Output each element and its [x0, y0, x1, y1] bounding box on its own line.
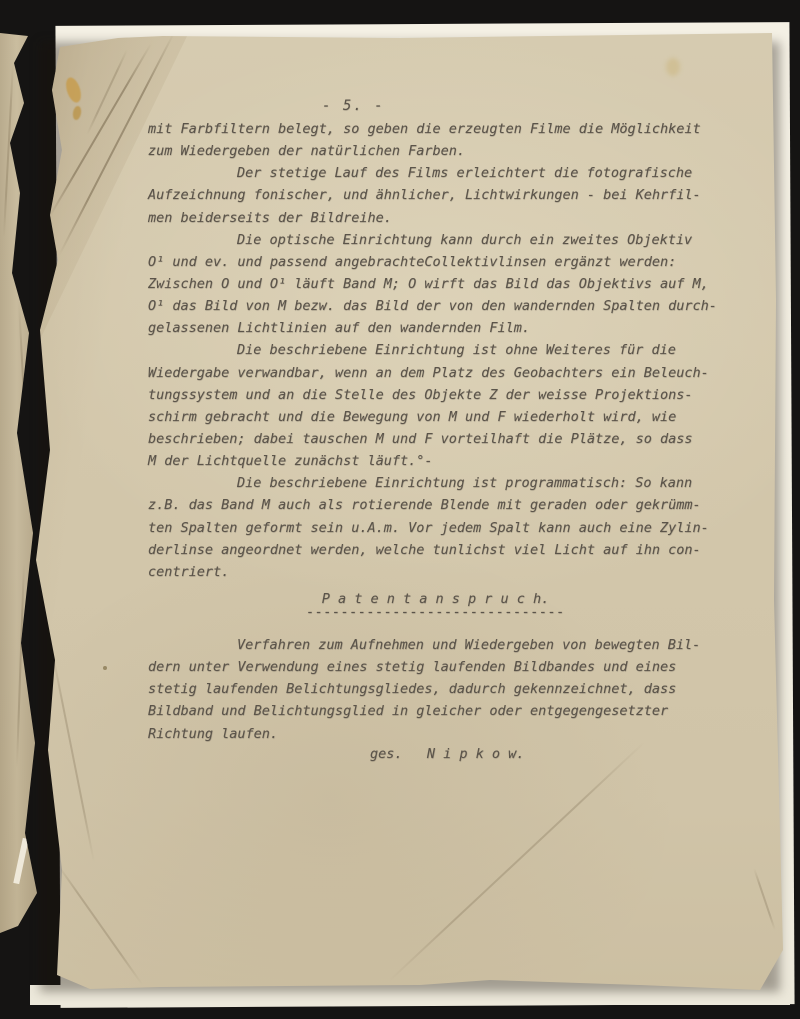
page-number: - 5. -	[322, 98, 385, 114]
text-line: O¹ das Bild von M bezw. das Bild der von…	[148, 295, 734, 317]
paragraph: Die optische Einrichtung kann durch ein …	[148, 229, 734, 340]
text-line: tungssystem und an die Stelle des Objekt…	[148, 384, 734, 406]
text-line: Der stetige Lauf des Films erleichtert d…	[148, 162, 734, 184]
text-line: Die beschriebene Einrichtung ist ohne We…	[148, 339, 734, 361]
crease-line	[16, 563, 25, 768]
scan-background: - 5. - mit Farbfiltern belegt, so geben …	[0, 0, 800, 1019]
text-line: Die optische Einrichtung kann durch ein …	[148, 229, 734, 251]
text-line: Die beschriebene Einrichtung ist program…	[148, 472, 734, 494]
paragraph: Die beschriebene Einrichtung ist program…	[148, 472, 734, 583]
text-line: Bildband und Belichtungsglied in gleiche…	[148, 700, 734, 722]
text-line: Richtung laufen.	[148, 723, 734, 745]
text-line: beschrieben; dabei tauschen M und F vort…	[148, 428, 734, 450]
text-line: mit Farbfiltern belegt, so geben die erz…	[148, 118, 734, 140]
paragraph: Der stetige Lauf des Films erleichtert d…	[148, 162, 734, 228]
paragraph: mit Farbfiltern belegt, so geben die erz…	[148, 118, 734, 162]
paper-shard	[13, 838, 28, 884]
text-line: ten Spalten geformt sein u.A.m. Vor jede…	[148, 517, 734, 539]
typewritten-text-layer: - 5. - mit Farbfiltern belegt, so geben …	[0, 0, 800, 1019]
text-line: Zwischen O und O¹ läuft Band M; O wirft …	[148, 273, 734, 295]
text-line: derlinse angeordnet werden, welche tunli…	[148, 539, 734, 561]
text-line: Verfahren zum Aufnehmen und Wiedergeben …	[148, 634, 734, 656]
text-line: Wiedergabe verwandbar, wenn an dem Platz…	[148, 362, 734, 384]
text-line: zum Wiedergeben der natürlichen Farben.	[148, 140, 734, 162]
body-text: mit Farbfiltern belegt, so geben die erz…	[148, 118, 734, 583]
text-line: Aufzeichnung fonischer, und ähnlicher, L…	[148, 184, 734, 206]
patent-claim-heading-wrap: P a t e n t a n s p r u c h. -----------…	[148, 591, 723, 617]
text-line: M der Lichtquelle zunächst läuft.°-	[148, 450, 734, 472]
text-line: O¹ und ev. und passend angebrachteCollek…	[148, 251, 734, 273]
text-line: men beiderseits der Bildreihe.	[148, 207, 734, 229]
text-line: centriert.	[148, 561, 734, 583]
text-line: schirm gebracht und die Bewegung von M u…	[148, 406, 734, 428]
signature-line: ges. N i p k o w.	[148, 745, 723, 763]
text-line: gelassenen Lichtlinien auf den wandernde…	[148, 317, 734, 339]
claim-text: Verfahren zum Aufnehmen und Wiedergeben …	[148, 634, 734, 745]
text-line: z.B. das Band M auch als rotierende Blen…	[148, 494, 734, 516]
text-line: stetig laufenden Belichtungsgliedes, dad…	[148, 678, 734, 700]
paragraph: Die beschriebene Einrichtung ist ohne We…	[148, 339, 734, 472]
heading-underline: ------------------------------	[148, 608, 723, 617]
text-line: dern unter Verwendung eines stetig laufe…	[148, 656, 734, 678]
paragraph: Verfahren zum Aufnehmen und Wiedergeben …	[148, 634, 734, 745]
